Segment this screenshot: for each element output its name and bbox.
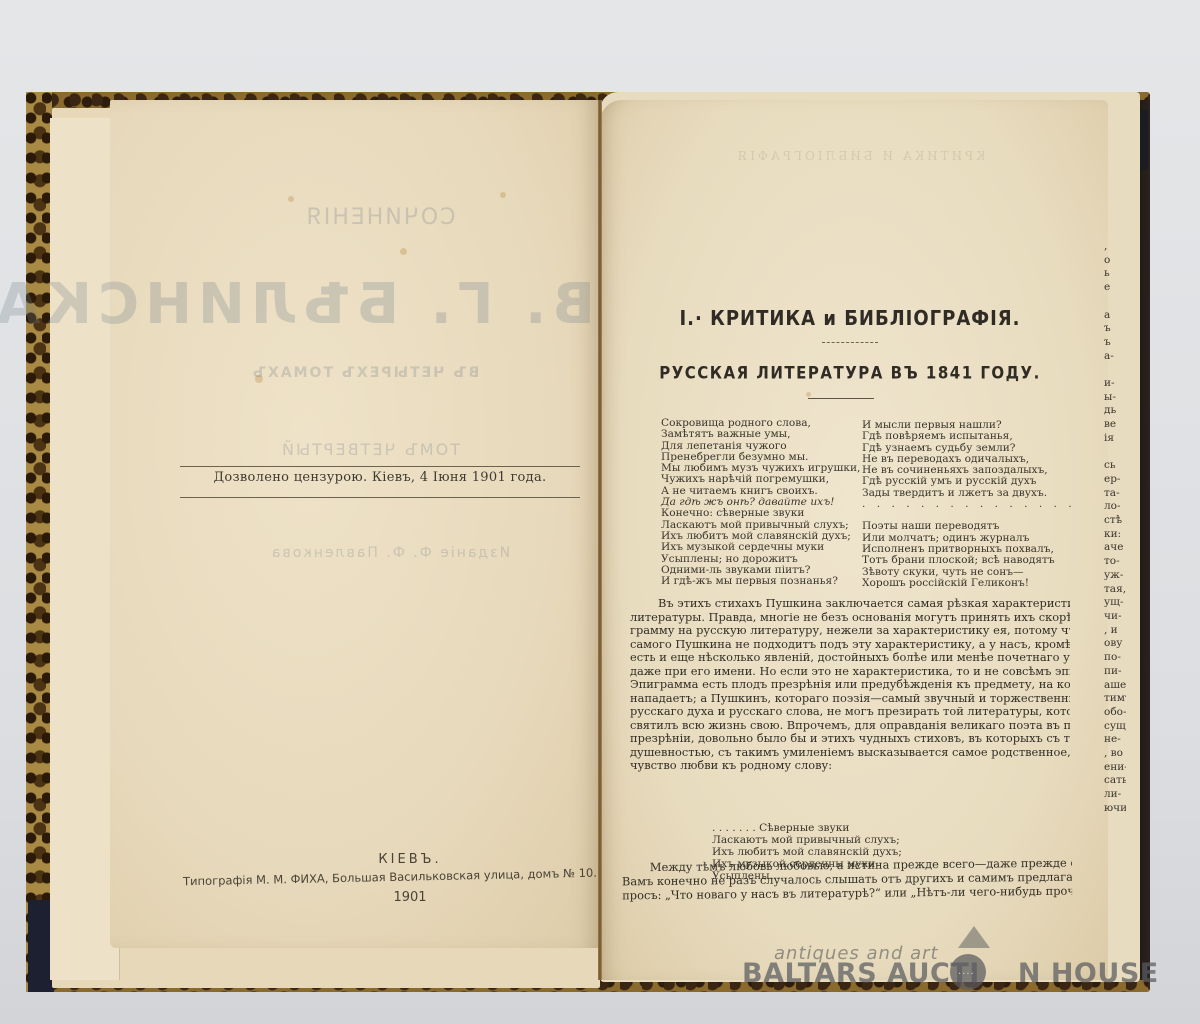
prose-line: презрѣніи, довольно было бы и этихъ чудн… xyxy=(630,732,1070,746)
sliver-line: чи- xyxy=(1104,610,1126,624)
sliver-line: тая, xyxy=(1104,583,1126,597)
censorship-note: Дозволено цензурою. Кіевъ, 4 Іюня 1901 г… xyxy=(180,470,580,485)
ghost-title-line-2: В. Г. БѢЛИНСКАГО xyxy=(155,272,595,337)
foxing-spot xyxy=(806,392,811,397)
sliver-line: по- xyxy=(1104,651,1126,665)
verse-line: Ихъ музыкой сердечны муки xyxy=(661,542,860,553)
censor-rule-bottom xyxy=(180,497,580,498)
sliver-line: ер- xyxy=(1104,473,1126,487)
prose-line: грамму на русскую литературу, нежели за … xyxy=(630,624,1070,638)
prose-line: Эпиграмма есть плодъ презрѣнія или преду… xyxy=(630,678,1070,692)
sliver-line: стѣ xyxy=(1104,514,1126,528)
sliver-line xyxy=(1104,363,1126,377)
sliver-line: и- xyxy=(1104,377,1126,391)
sliver-line: ки: xyxy=(1104,528,1126,542)
ghost-title-line-1: СОЧИНЕНІЯ xyxy=(280,205,480,230)
verse-line: Ихъ любитъ мой славянскій духъ; xyxy=(712,846,902,858)
sliver-line: ли- xyxy=(1104,788,1126,802)
foxing-spot xyxy=(288,196,294,202)
imprint-city: КІЕВЪ. xyxy=(240,852,580,867)
essay-paragraph-1: Въ этихъ стихахъ Пушкина заключается сам… xyxy=(630,597,1070,773)
title-ornament xyxy=(822,342,878,344)
sliver-line: ь xyxy=(1104,267,1126,281)
sliver-line: пи- xyxy=(1104,665,1126,679)
prose-line: душевностью, съ такимъ умиленіемъ высказ… xyxy=(630,746,1070,760)
sliver-line: обо- xyxy=(1104,706,1126,720)
verse-line: Конечно: сѣверные звуки xyxy=(661,508,860,519)
ghost-title-line-3: ВЪ ЧЕТЫРЕХЪ ТОМАХЪ xyxy=(240,365,490,381)
foxing-spot xyxy=(500,192,506,198)
sliver-line: е xyxy=(1104,281,1126,295)
verse-line: Хорошъ россійскій Геликонъ! xyxy=(862,578,1076,589)
sliver-line: ве xyxy=(1104,418,1126,432)
censor-rule-top xyxy=(180,466,580,467)
prose-line: самого Пушкина не подходитъ подъ эту хар… xyxy=(630,638,1070,652)
sliver-line: не- xyxy=(1104,733,1126,747)
ghost-title-line-5: Изданіе Ф. Ф. Павленкова xyxy=(195,545,585,561)
sliver-line: , и xyxy=(1104,624,1126,638)
sliver-line: сущ- xyxy=(1104,720,1126,734)
next-page-sliver: , о ь е а ъ ъ а- и- ы- дь ве ія сь ер- т… xyxy=(1104,240,1126,880)
sliver-line: ову xyxy=(1104,637,1126,651)
verse-line: Замѣтятъ важные умы, xyxy=(661,429,860,440)
sliver-line xyxy=(1104,446,1126,460)
ghost-title-line-4: ТОМЪ ЧЕТВЕРТЫЙ xyxy=(260,440,480,459)
verse-line: Поэты наши переводятъ xyxy=(862,521,1076,532)
sliver-line: , во xyxy=(1104,747,1126,761)
sliver-line: дь xyxy=(1104,404,1126,418)
watermark-logo-circle-icon: .... xyxy=(950,954,986,990)
essay-paragraph-2: Между тѣмъ любовь любовью, а истина преж… xyxy=(622,856,1072,903)
epigraph-left-column: Сокровища родного слова, Замѣтятъ важные… xyxy=(661,418,860,587)
ghost-header-bleed: КРИТИКА И БИБЛІОГРАФІЯ xyxy=(640,150,1080,162)
verse-ellipsis: . . . . . . . . . . . . . . . xyxy=(862,499,1076,510)
cover-left-edge xyxy=(26,92,52,992)
prose-line: чувство любви къ родному слову: xyxy=(630,759,1070,773)
sliver-line: ы- xyxy=(1104,391,1126,405)
prose-line: Въ этихъ стихахъ Пушкина заключается сам… xyxy=(630,597,1070,611)
sliver-line: уж- xyxy=(1104,569,1126,583)
sliver-line: ъ xyxy=(1104,322,1126,336)
prose-line: есть и еще нѣсколько явленій, достойныхъ… xyxy=(630,651,1070,665)
sliver-line: сь xyxy=(1104,459,1126,473)
sliver-line: ущ- xyxy=(1104,596,1126,610)
sliver-line: та- xyxy=(1104,487,1126,501)
watermark-brand-left: BALTARS AUCTI xyxy=(742,958,980,989)
sliver-line: , xyxy=(1104,240,1126,254)
sliver-line xyxy=(1104,295,1126,309)
verse-line: . . . . . . . Сѣверные звуки xyxy=(712,822,902,834)
book-gutter xyxy=(598,100,602,980)
prose-line: литературы. Правда, многіе не безъ основ… xyxy=(630,611,1070,625)
sliver-line: ія xyxy=(1104,432,1126,446)
prose-line: даже при его имени. Но если это не харак… xyxy=(630,665,1070,679)
sliver-line: а- xyxy=(1104,350,1126,364)
sliver-line: аше xyxy=(1104,679,1126,693)
verse-line: Гдѣ повѣряемъ испытанья, xyxy=(862,431,1076,442)
prose-line: святилъ всю жизнь свою. Впрочемъ, для оп… xyxy=(630,719,1070,733)
sliver-line: ючи- xyxy=(1104,802,1126,816)
article-title: РУССКАЯ ЛИТЕРАТУРА ВЪ 1841 ГОДУ. xyxy=(620,363,1080,384)
watermark-crown-icon xyxy=(958,926,990,948)
verse-line: Тотъ брани плоской; всѣ наводятъ xyxy=(862,555,1076,566)
watermark-brand-right: N HOUSE xyxy=(1018,958,1159,989)
watermark-logo-dots: .... xyxy=(958,968,975,976)
foxing-spot xyxy=(400,248,407,255)
section-title: I.· КРИТИКА и БИБЛІОГРАФІЯ. xyxy=(620,306,1080,330)
sliver-line: сать, xyxy=(1104,774,1126,788)
sliver-line: ени- xyxy=(1104,761,1126,775)
prose-line: нападаетъ; а Пушкинъ, котораго поэзія—са… xyxy=(630,692,1070,706)
epigraph-right-column: И мысли первыя нашли? Гдѣ повѣряемъ испы… xyxy=(862,420,1076,589)
imprint-year: 1901 xyxy=(240,890,580,905)
sliver-line: тимъ xyxy=(1104,692,1126,706)
verse-line: И гдѣ-жъ мы первыя познанья? xyxy=(661,576,860,587)
sliver-line: то- xyxy=(1104,555,1126,569)
prose-line: русскаго духа и русскаго слова, не могъ … xyxy=(630,705,1070,719)
sliver-line: аче xyxy=(1104,541,1126,555)
sliver-line: а xyxy=(1104,309,1126,323)
verse-line: Ласкаютъ мой привычный слухъ; xyxy=(712,834,902,846)
sliver-line: о xyxy=(1104,254,1126,268)
sliver-line: ъ xyxy=(1104,336,1126,350)
article-title-rule xyxy=(808,398,874,399)
sliver-line: ло- xyxy=(1104,500,1126,514)
